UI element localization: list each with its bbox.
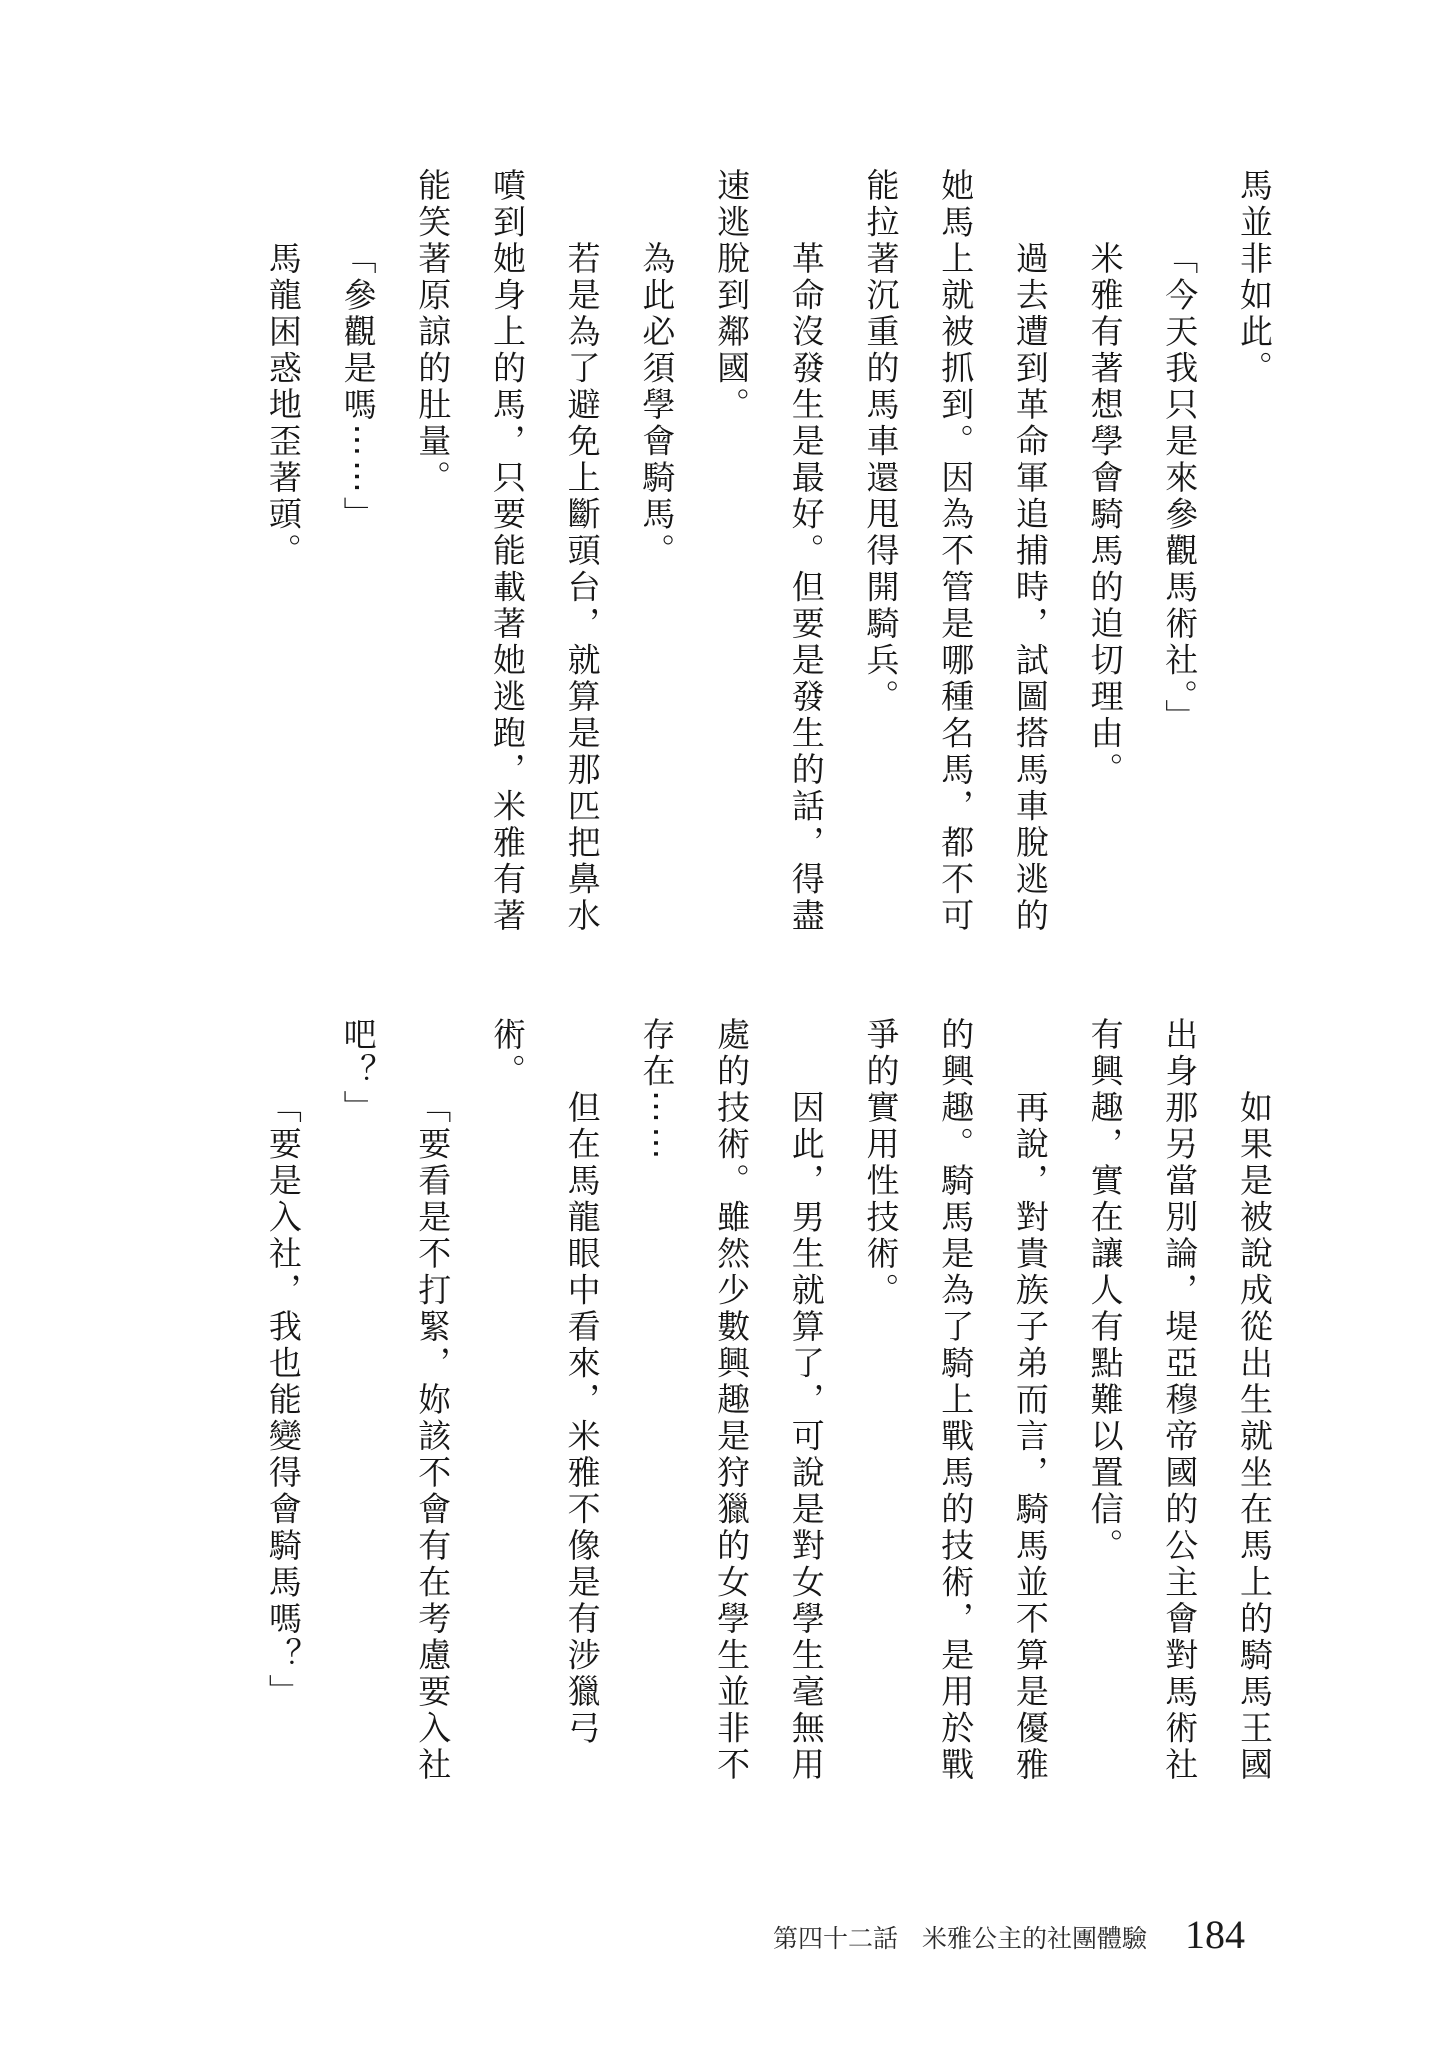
text-column: 「要是入社，我也能變得會騎馬嗎？」 <box>244 1017 319 1785</box>
text-column: 能笑著原諒的肚量。 <box>394 168 469 936</box>
text-column: 「要看是不打緊，妳該不會有在考慮要入社 <box>394 1017 469 1785</box>
text-column: 馬龍困惑地歪著頭。 <box>244 168 319 936</box>
text-column: 「參觀是嗎⋯⋯」 <box>319 168 394 936</box>
text-column: 出身那另當別論，堤亞穆帝國的公主會對馬術社 <box>1141 1017 1216 1785</box>
text-band-top: 馬並非如此。「今天我只是來參觀馬術社。」米雅有著想學會騎馬的迫切理由。過去遭到革… <box>244 168 1290 936</box>
text-column: 「今天我只是來參觀馬術社。」 <box>1141 168 1216 936</box>
text-column: 革命沒發生是最好。但要是發生的話，得盡 <box>767 168 842 936</box>
text-column: 存在⋯⋯ <box>618 1017 693 1785</box>
text-column: 因此，男生就算了，可說是對女學生毫無用 <box>767 1017 842 1785</box>
text-column: 能拉著沉重的馬車還甩得開騎兵。 <box>842 168 917 936</box>
text-column: 吧？」 <box>319 1017 394 1785</box>
page-footer: 第四十二話 米雅公主的社團體驗 184 <box>773 1916 1245 1954</box>
text-column: 有興趣，實在讓人有點難以置信。 <box>1066 1017 1141 1785</box>
text-column: 再說，對貴族子弟而言，騎馬並不算是優雅 <box>991 1017 1066 1785</box>
text-column: 但在馬龍眼中看來，米雅不像是有涉獵弓 <box>543 1017 618 1785</box>
text-column: 處的技術。雖然少數興趣是狩獵的女學生並非不 <box>692 1017 767 1785</box>
text-column: 過去遭到革命軍追捕時，試圖搭馬車脫逃的 <box>991 168 1066 936</box>
chapter-label: 第四十二話 <box>773 1924 898 1954</box>
text-column: 速逃脫到鄰國。 <box>692 168 767 936</box>
chapter-title: 米雅公主的社團體驗 <box>922 1924 1147 1954</box>
text-column: 米雅有著想學會騎馬的迫切理由。 <box>1066 168 1141 936</box>
text-column: 爭的實用性技術。 <box>842 1017 917 1785</box>
text-band-bottom: 如果是被說成從出生就坐在馬上的騎馬王國出身那另當別論，堤亞穆帝國的公主會對馬術社… <box>244 1017 1290 1785</box>
book-page: 馬並非如此。「今天我只是來參觀馬術社。」米雅有著想學會騎馬的迫切理由。過去遭到革… <box>0 0 1440 2048</box>
text-column: 的興趣。騎馬是為了騎上戰馬的技術，是用於戰 <box>916 1017 991 1785</box>
text-column: 如果是被說成從出生就坐在馬上的騎馬王國 <box>1215 1017 1290 1785</box>
text-column: 若是為了避免上斷頭台，就算是那匹把鼻水 <box>543 168 618 936</box>
text-column: 馬並非如此。 <box>1215 168 1290 936</box>
text-column: 術。 <box>468 1017 543 1785</box>
text-column: 噴到她身上的馬，只要能載著她逃跑，米雅有著 <box>468 168 543 936</box>
text-column: 為此必須學會騎馬。 <box>618 168 693 936</box>
text-column: 她馬上就被抓到。因為不管是哪種名馬，都不可 <box>916 168 991 936</box>
page-number: 184 <box>1185 1916 1245 1954</box>
